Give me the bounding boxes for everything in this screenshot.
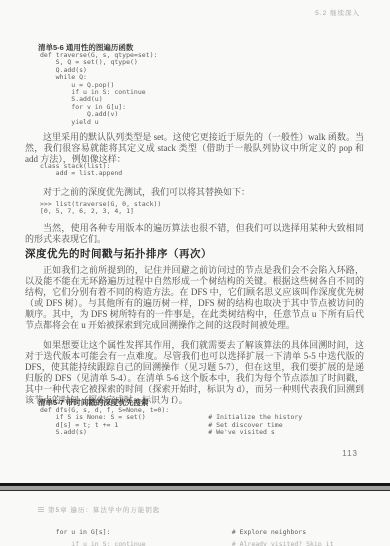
running-head-chapter: 第5章 遍历：算法学中的万能钥匙 — [38, 505, 160, 514]
paragraph-dfs-tree: 正如我们之前所提到的，记住并回避之前访问过的节点是我们会不会陷入环路，以及能不能… — [25, 265, 364, 331]
paragraph-default-queue: 这里采用的默认队列类型是 set。这使它更接近于原先的（一般性）walk 函数。… — [25, 132, 364, 165]
listing-5-7-continuation-line-1: for u in G[s]: # Explore neighbors — [40, 529, 306, 536]
listing-5-6-code: def traverse(G, s, qtype=set): S, Q = se… — [40, 52, 157, 126]
chapter-marker-icon — [38, 507, 44, 512]
book-page-view: 5.2 继续深入 清单5-6 通用性的图遍历函数 def traverse(G,… — [0, 0, 390, 546]
stack-class-code: class stack(list): add = list.append — [40, 163, 122, 178]
separator-thin-line — [0, 490, 390, 491]
listing-5-7-code: def dfs(G, s, d, f, S=None, t=0): if S i… — [40, 407, 302, 437]
listing-5-7-continuation-line-2-clipped: if u in S: continue # Already visited? S… — [40, 541, 334, 546]
paragraph-conclusion: 当然，使用各种专用版本的遍历算法也很不错，但我们可以选择用某种大致相同的形式来表… — [25, 223, 364, 245]
chapter-header-text: 第5章 遍历：算法学中的万能钥匙 — [48, 505, 160, 514]
repl-example-code: >>> list(traverse(G, 0, stack)) [0, 5, 7… — [40, 201, 161, 216]
page-separator — [0, 483, 390, 491]
paragraph-replace-test: 对于之前的深度优先测试，我们可以将其替换如下： — [25, 187, 364, 198]
page-number: 113 — [342, 449, 358, 458]
section-title-dfs-timestamps: 深度优先的时间戳与拓扑排序（再次） — [25, 246, 212, 261]
running-head-section: 5.2 继续深入 — [315, 8, 360, 17]
